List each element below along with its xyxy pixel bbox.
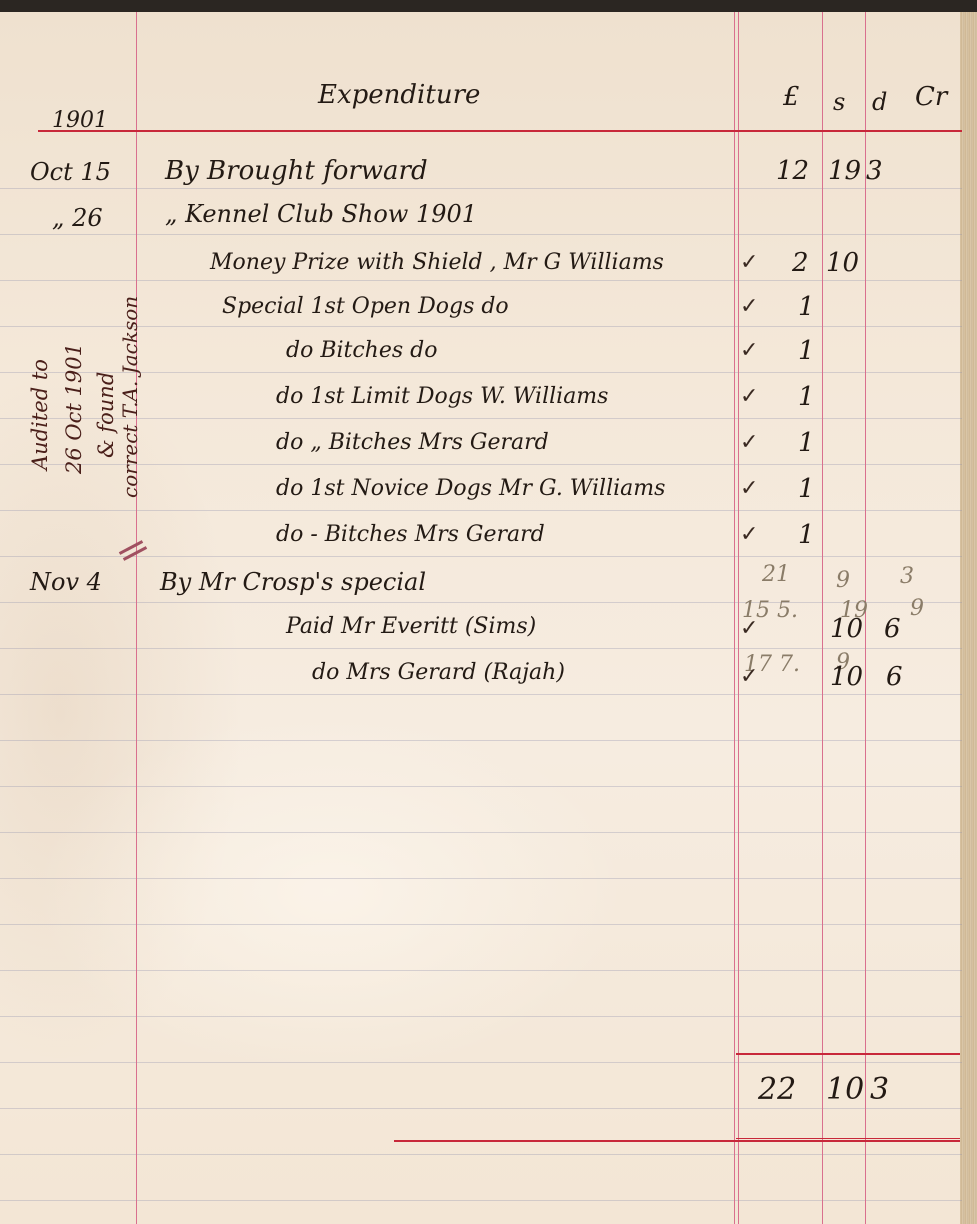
entry-shillings: 10 — [826, 248, 859, 278]
ruled-line — [0, 418, 962, 419]
entry-description: do 1st Limit Dogs W. Williams — [276, 384, 608, 409]
ruled-line — [0, 1108, 962, 1109]
audit-note-line2: 26 Oct 1901 — [62, 343, 86, 474]
ruled-line — [0, 694, 962, 695]
entry-shillings: 1 — [798, 292, 815, 322]
entry-description: By Brought forward — [165, 156, 428, 186]
ruled-line — [0, 234, 962, 235]
check-mark-icon: ✓ — [740, 664, 758, 689]
pounds-column-line — [734, 12, 735, 1224]
audit-note-line4: correct T.A. Jackson — [118, 296, 142, 498]
entry-shillings: 19 — [828, 156, 861, 186]
total-pence: 3 — [870, 1072, 889, 1107]
total-double-rule — [736, 1138, 960, 1139]
entry-description: do „ Bitches Mrs Gerard — [276, 430, 549, 455]
check-mark-icon: ✓ — [740, 616, 758, 641]
left-margin-line — [136, 12, 137, 1224]
year-label: 1901 — [52, 108, 108, 133]
check-mark-icon: ✓ — [740, 522, 758, 547]
entry-pence: 6 — [884, 614, 901, 644]
entry-description: do Mrs Gerard (Rajah) — [312, 660, 565, 685]
ruled-line — [0, 326, 962, 327]
ruled-line — [0, 1016, 962, 1017]
entry-description: „ Kennel Club Show 1901 — [165, 200, 477, 228]
pencil-subtotal-shillings: 9 — [836, 568, 850, 593]
total-top-rule — [736, 1053, 960, 1055]
ruled-line — [0, 924, 962, 925]
ruled-line — [0, 740, 962, 741]
total-shillings: 10 — [826, 1072, 864, 1107]
pencil-running-pence: 9 — [910, 596, 924, 621]
column-header-shillings: s — [833, 88, 845, 116]
entry-description: Money Prize with Shield , Mr G Williams — [210, 250, 664, 275]
total-bottom-rule — [394, 1140, 960, 1142]
pencil-subtotal-pounds: 21 — [762, 562, 790, 587]
entry-shillings: 1 — [798, 382, 815, 412]
audit-note-line3: & found — [94, 372, 118, 458]
entry-date: Nov 4 — [30, 568, 102, 596]
entry-shillings: 1 — [798, 336, 815, 366]
ruled-line — [0, 602, 962, 603]
ruled-line — [0, 1200, 962, 1201]
column-header-cr: Cr — [915, 82, 947, 112]
check-mark-icon: ✓ — [740, 476, 758, 501]
ruled-line — [0, 280, 962, 281]
entry-date: Oct 15 — [30, 158, 111, 186]
pencil-subtotal-pence: 3 — [900, 564, 914, 589]
ruled-line — [0, 970, 962, 971]
check-mark-icon: ✓ — [740, 384, 758, 409]
ruled-line — [0, 786, 962, 787]
column-header-pence: d — [872, 88, 887, 116]
entry-shillings: 1 — [798, 474, 815, 504]
entry-description: By Mr Crosp's special — [160, 568, 426, 596]
check-mark-icon: ✓ — [740, 430, 758, 455]
entry-date: „ 26 — [52, 204, 103, 232]
check-mark-icon: ✓ — [740, 250, 758, 275]
entry-description: do Bitches do — [286, 338, 438, 363]
entry-description: Paid Mr Everitt (Sims) — [286, 614, 536, 639]
entry-pence: 3 — [866, 156, 883, 186]
heading-expenditure: Expenditure — [318, 80, 480, 110]
entry-shillings: 1 — [798, 520, 815, 550]
audit-note-line1: Audited to — [28, 359, 52, 470]
pounds-column-line-double — [738, 12, 739, 1224]
ruled-line — [0, 464, 962, 465]
ruled-line — [0, 832, 962, 833]
entry-description: Special 1st Open Dogs do — [222, 294, 509, 319]
ruled-line — [0, 556, 962, 557]
header-rule — [38, 130, 962, 132]
total-pounds: 22 — [758, 1072, 796, 1107]
page-edge-stack — [960, 12, 977, 1224]
column-header-pounds: £ — [783, 82, 800, 112]
entry-shillings: 10 — [830, 662, 863, 692]
entry-description: do 1st Novice Dogs Mr G. Williams — [276, 476, 665, 501]
ruled-line — [0, 648, 962, 649]
entry-pence: 6 — [886, 662, 903, 692]
shillings-column-line — [822, 12, 823, 1224]
ruled-line — [0, 878, 962, 879]
entry-pounds: 12 — [776, 156, 809, 186]
ruled-line — [0, 1062, 962, 1063]
entry-shillings: 1 — [798, 428, 815, 458]
ruled-line — [0, 1154, 962, 1155]
entry-pounds: 2 — [792, 248, 809, 278]
check-mark-icon: ✓ — [740, 294, 758, 319]
ruled-line — [0, 372, 962, 373]
entry-shillings: 10 — [830, 614, 863, 644]
ruled-line — [0, 510, 962, 511]
entry-description: do - Bitches Mrs Gerard — [276, 522, 545, 547]
ruled-line — [0, 188, 962, 189]
check-mark-icon: ✓ — [740, 338, 758, 363]
